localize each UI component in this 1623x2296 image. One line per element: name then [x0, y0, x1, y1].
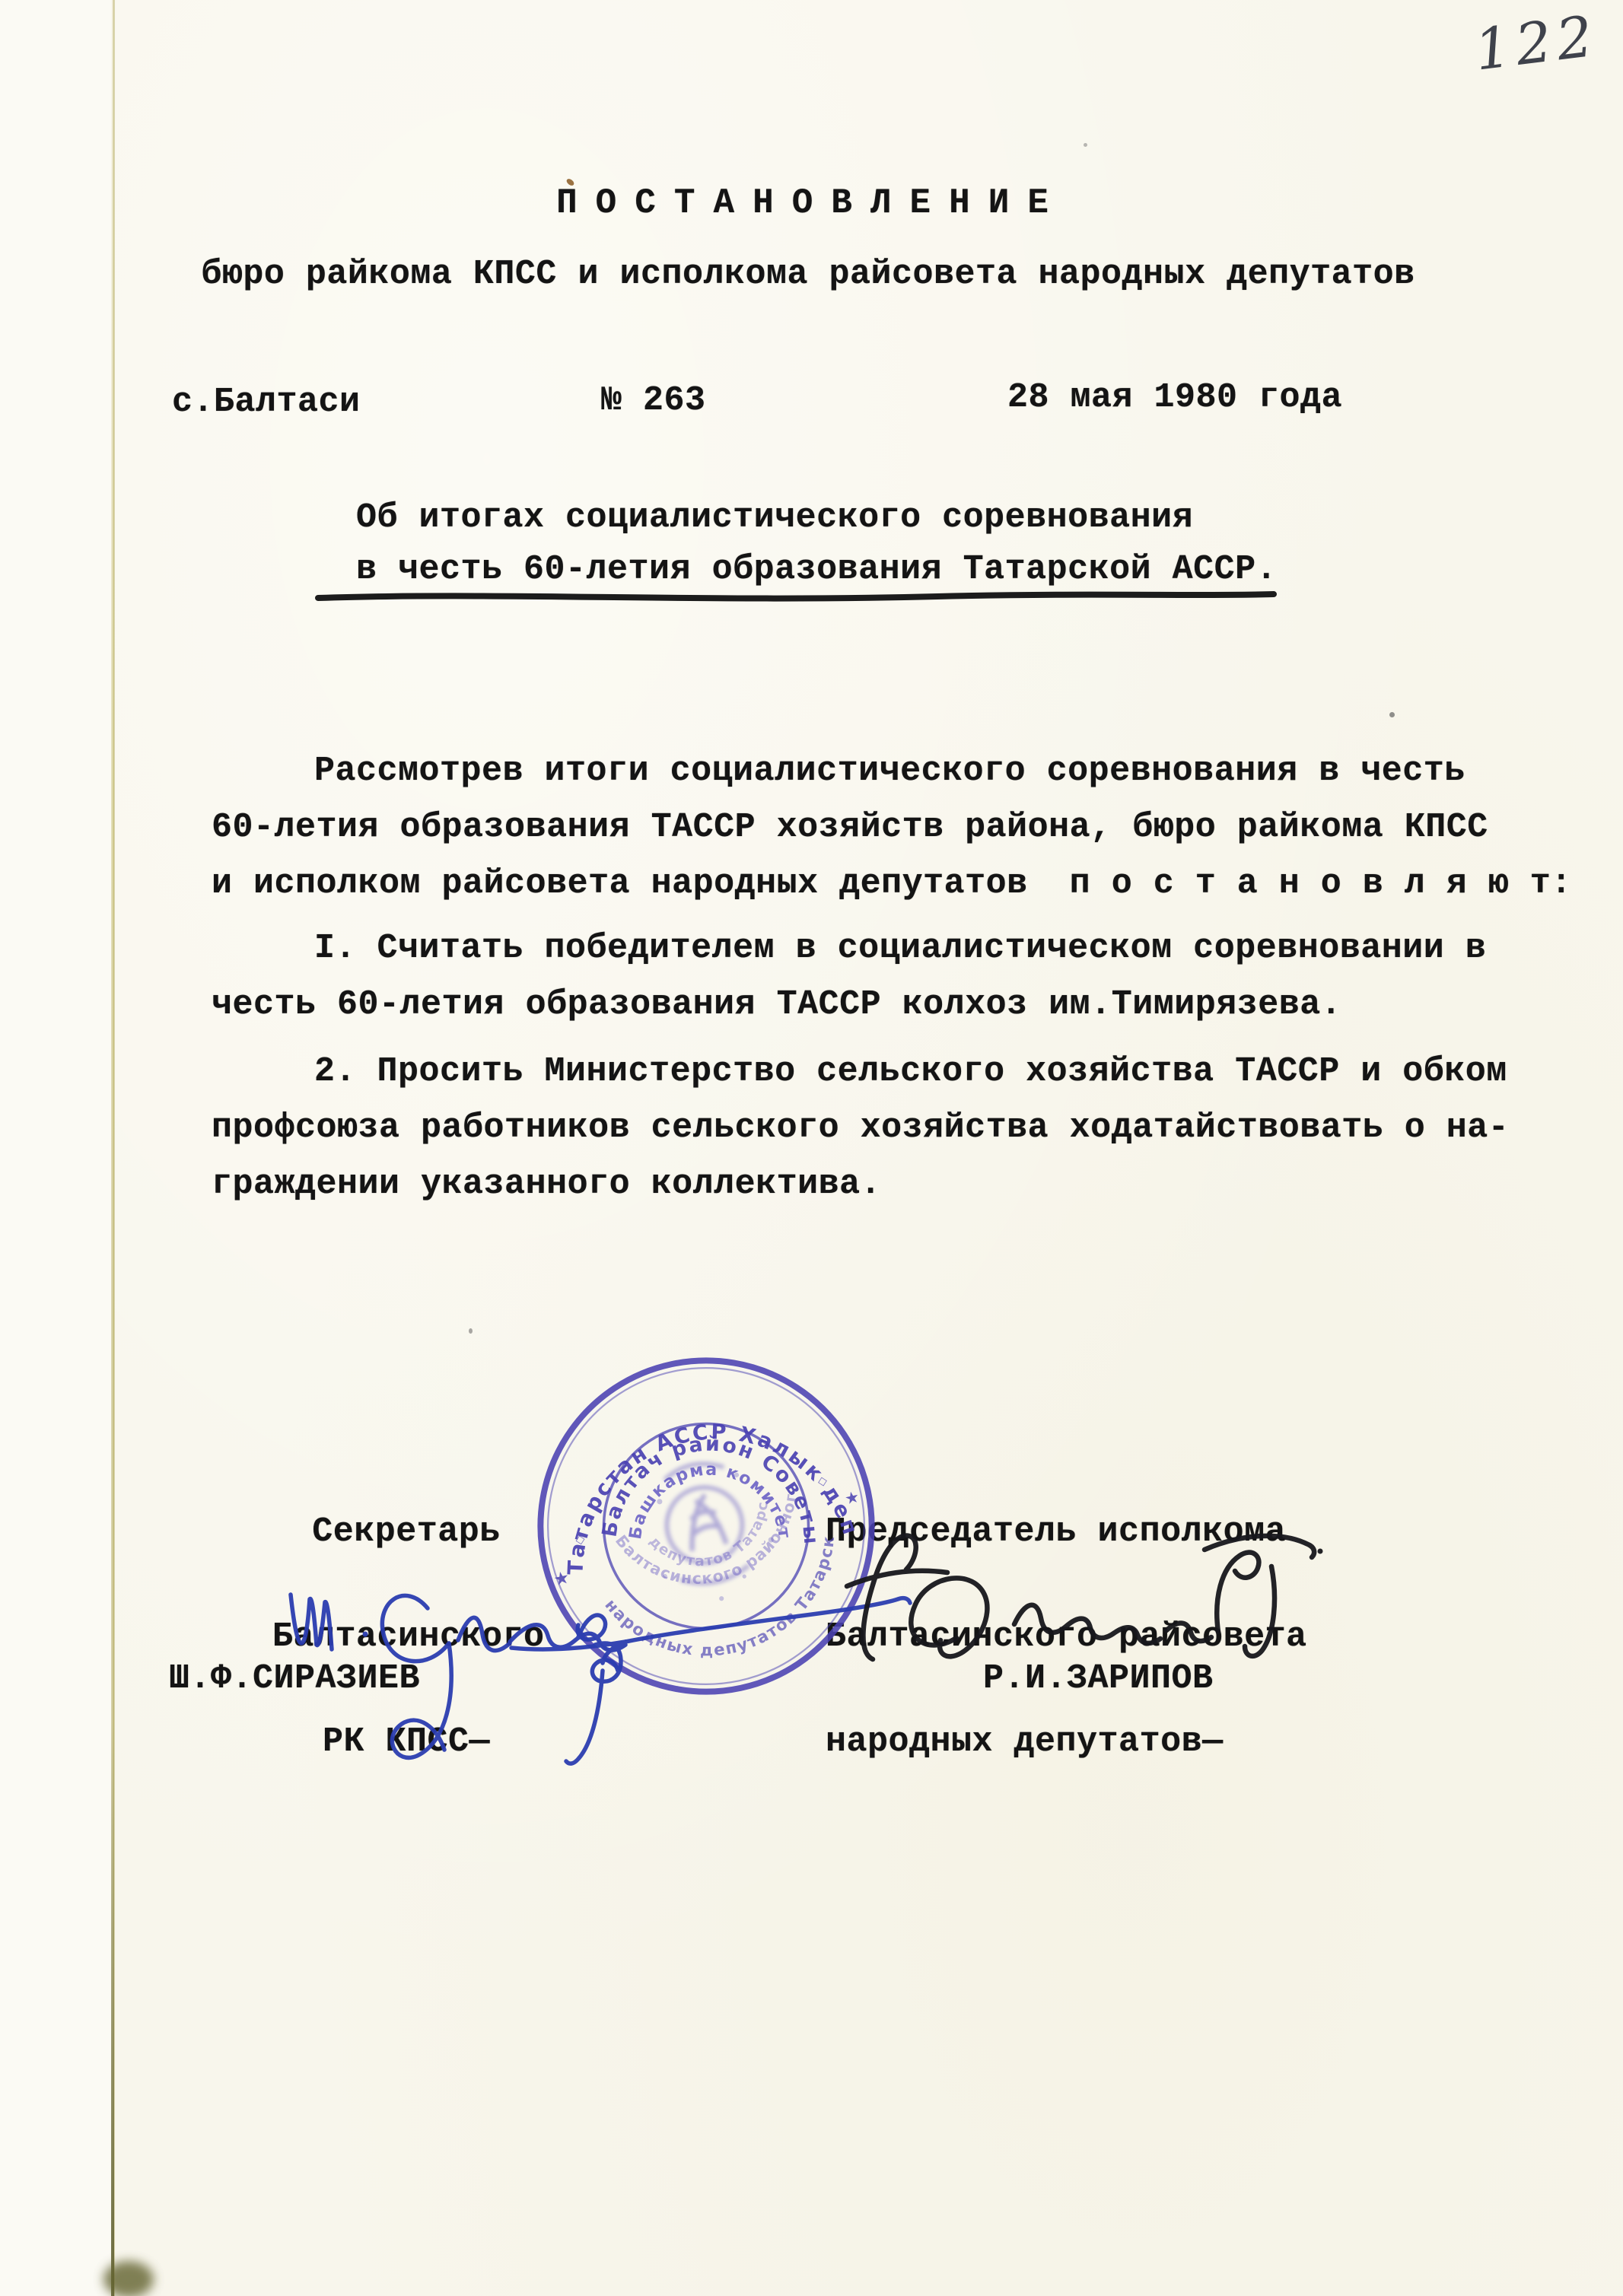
document-subtitle: бюро райкома КПСС и исполкома райсовета … [0, 257, 1616, 291]
subject-line-2: в честь 60-летия образования Татарской А… [356, 552, 1277, 587]
document-number: № 263 [601, 383, 706, 418]
body-line: Рассмотрев итоги социалистического сорев… [314, 754, 1465, 788]
paper-speck [1389, 712, 1395, 717]
document-page: 122 ПОСТАНОВЛЕНИЕ бюро райкома КПСС и ис… [0, 0, 1623, 2296]
signatory-left-name: Ш.Ф.СИРАЗИЕВ [169, 1662, 420, 1696]
document-place: с.Балтаси [172, 385, 361, 419]
body-line: и исполком райсовета народных депутатов … [212, 867, 1572, 901]
scan-left-margin [0, 0, 115, 2296]
body-line: граждении указанного коллектива. [212, 1167, 881, 1201]
handwritten-page-number: 122 [1471, 3, 1602, 83]
stamp-star-right-icon: ★ [843, 1487, 861, 1509]
subject-underline [313, 587, 1280, 607]
body-line: честь 60-летия образования ТАССР колхоз … [212, 987, 1341, 1022]
subject-line-1: Об итогах социалистического соревнования [356, 501, 1193, 535]
paper-speck [1084, 143, 1087, 147]
document-title: ПОСТАНОВЛЕНИЕ [0, 186, 1623, 221]
body-line: I. Считать победителем в социалистическо… [314, 931, 1486, 965]
signature-left [251, 1544, 905, 1750]
body-line: 2. Просить Министерство сельского хозяйс… [314, 1054, 1507, 1089]
body-line: профсоюза работников сельского хозяйства… [212, 1111, 1509, 1145]
paper-speck [469, 1328, 473, 1334]
document-date: 28 мая 1980 года [1007, 380, 1342, 415]
scan-edge-line [111, 0, 114, 2296]
ink-smudge [103, 2261, 154, 2296]
body-line: 60-летия образования ТАССР хозяйств райо… [212, 810, 1488, 844]
signatory-right-name: Р.И.ЗАРИПОВ [983, 1662, 1214, 1696]
